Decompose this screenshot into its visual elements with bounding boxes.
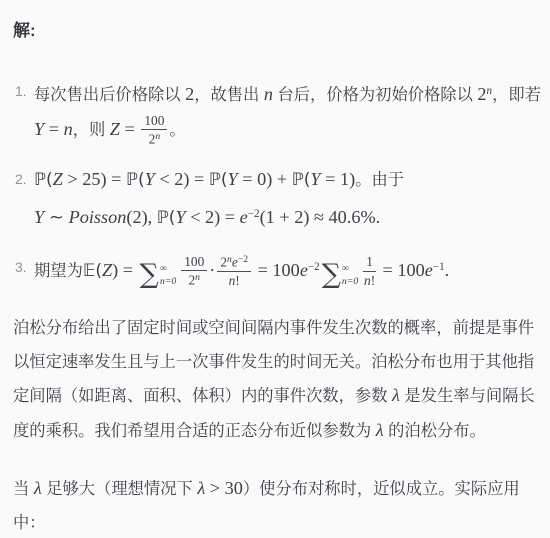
math-lambda: λ xyxy=(376,420,384,440)
math-token: = 100 xyxy=(253,260,300,280)
fraction-denominator: 2n xyxy=(181,271,207,288)
text-run: 。由于 xyxy=(355,171,404,189)
math-variable: e xyxy=(425,260,433,280)
summation-limits: ∞n=0 xyxy=(342,263,358,287)
step-line: ℙ(Z > 25) = ℙ(Y < 2) = ℙ(Y = 0) + ℙ(Y = … xyxy=(34,162,537,197)
solution-document: 解: 1. 每次售出后价格除以 2，故售出 n 台后，价格为初始价格除以 2n，… xyxy=(0,0,550,538)
math-exponent: −1 xyxy=(433,261,445,273)
fraction: 1002n xyxy=(141,113,167,147)
math-variable: e xyxy=(240,207,248,227)
math-variable: Z xyxy=(110,119,120,139)
math-blackboard-E: 𝔼( xyxy=(83,261,102,281)
step-line: 期望为𝔼(Z) = ∑∞n=01002n·2ne−2n! = 100e−2∑∞n… xyxy=(34,250,537,289)
fraction-numerator: 2ne−2 xyxy=(217,254,251,272)
math-variable: n xyxy=(264,84,273,104)
math-token: ) = xyxy=(112,260,138,280)
text-run: 期望为 xyxy=(34,262,83,280)
math-blackboard-P: ℙ( xyxy=(209,170,228,190)
math-token: > 30 xyxy=(205,478,243,498)
text-run: ，则 xyxy=(73,121,110,139)
math-variable: Y xyxy=(228,169,238,189)
math-token: = xyxy=(120,119,139,139)
lambda-condition-paragraph: 当 λ 足够大（理想情况下 λ > 30）使分布对称时，近似成立。实际应用中： xyxy=(13,472,537,538)
step-line: Y = n，则 Z = 1002n。 xyxy=(34,112,537,147)
math-variable: Y xyxy=(310,169,320,189)
step-line: 每次售出后价格除以 2，故售出 n 台后，价格为初始价格除以 2n，即若 xyxy=(34,74,537,112)
math-blackboard-P: ℙ( xyxy=(34,170,53,190)
math-tilde-operator: ∼ xyxy=(44,207,68,227)
text-run: 台后，价格为初始价格除以 xyxy=(273,86,477,104)
math-variable: Y xyxy=(34,119,44,139)
text-run: 的泊松分布。 xyxy=(384,422,486,440)
math-token: (2), xyxy=(126,207,156,227)
math-variable: Z xyxy=(102,260,112,280)
summation-lower-limit: n=0 xyxy=(342,276,358,288)
math-variable: Y xyxy=(34,207,44,227)
list-marker: 3. xyxy=(15,250,27,284)
fraction-denominator: n! xyxy=(363,272,376,288)
math-exponent: n xyxy=(155,131,160,142)
solution-steps-list: 1. 每次售出后价格除以 2，故售出 n 台后，价格为初始价格除以 2n，即若 … xyxy=(13,74,537,289)
math-token: = 1) xyxy=(321,169,356,189)
math-exponent: −2 xyxy=(308,261,320,273)
step-line: Y ∼ Poisson(2), ℙ(Y < 2) = e−2(1 + 2) ≈ … xyxy=(34,197,537,235)
math-token: 2 xyxy=(477,84,486,104)
sigma-symbol: ∑ xyxy=(140,262,159,289)
sigma-symbol: ∑ xyxy=(322,262,341,289)
math-token: = xyxy=(44,119,63,139)
math-variable: e xyxy=(300,260,308,280)
list-marker: 1. xyxy=(15,74,27,108)
math-lambda: λ xyxy=(34,478,42,498)
summation-limits: ∞n=0 xyxy=(160,263,176,287)
math-token: < 2) = xyxy=(155,169,209,189)
step-item-1: 1. 每次售出后价格除以 2，故售出 n 台后，价格为初始价格除以 2n，即若 … xyxy=(13,74,537,147)
math-variable: n xyxy=(64,119,73,139)
text-run: 足够大（理想情况下 xyxy=(42,480,198,498)
math-blackboard-P: ℙ( xyxy=(126,170,145,190)
text-run: ，即若 xyxy=(492,86,541,104)
text-run: 每次售出后价格除以 xyxy=(34,86,185,104)
math-cdot-operator: · xyxy=(209,260,215,280)
step-item-2: 2. ℙ(Z > 25) = ℙ(Y < 2) = ℙ(Y = 0) + ℙ(Y… xyxy=(13,162,537,235)
math-variable: Z xyxy=(53,169,63,189)
fraction-numerator: 1 xyxy=(363,254,376,271)
math-exponent: n xyxy=(195,272,200,283)
fraction-denominator: n! xyxy=(217,272,251,288)
summation: ∑∞n=0 xyxy=(322,262,359,289)
summation-upper-limit: ∞ xyxy=(160,263,176,275)
fraction: 1002n xyxy=(181,254,207,288)
math-blackboard-P: ℙ( xyxy=(157,208,176,228)
fraction: 2ne−2n! xyxy=(217,254,251,288)
fraction-numerator: 100 xyxy=(181,254,207,271)
math-exponent: −2 xyxy=(238,254,248,265)
math-token: > 25) = xyxy=(63,169,126,189)
summation: ∑∞n=0 xyxy=(140,262,177,289)
math-variable: Y xyxy=(175,207,185,227)
math-token: . xyxy=(445,260,450,280)
math-token: = 100 xyxy=(378,260,425,280)
summation-lower-limit: n=0 xyxy=(160,276,176,288)
math-token: = 0) + xyxy=(238,169,292,189)
text-run: 。 xyxy=(169,121,185,139)
math-token: < 2) = xyxy=(186,207,240,227)
text-run: 当 xyxy=(13,480,34,498)
math-variable: Y xyxy=(145,169,155,189)
math-token: (1 + 2) ≈ 40.6%. xyxy=(260,207,381,227)
summation-upper-limit: ∞ xyxy=(342,263,358,275)
math-lambda: λ xyxy=(392,385,400,405)
fraction-numerator: 100 xyxy=(141,113,167,130)
fraction-denominator: 2n xyxy=(141,130,167,147)
math-variable: Poisson xyxy=(69,207,127,227)
math-blackboard-P: ℙ( xyxy=(292,170,311,190)
poisson-description-paragraph: 泊松分布给出了固定时间或空间间隔内事件发生次数的概率，前提是事件以恒定速率发生且… xyxy=(13,312,537,448)
list-marker: 2. xyxy=(15,162,27,196)
math-token: 2 xyxy=(185,84,194,104)
text-run: ，故售出 xyxy=(194,86,264,104)
solution-heading: 解: xyxy=(13,16,537,41)
step-item-3: 3. 期望为𝔼(Z) = ∑∞n=01002n·2ne−2n! = 100e−2… xyxy=(13,250,537,289)
math-exponent: −2 xyxy=(248,208,260,220)
fraction: 1n! xyxy=(363,254,376,288)
